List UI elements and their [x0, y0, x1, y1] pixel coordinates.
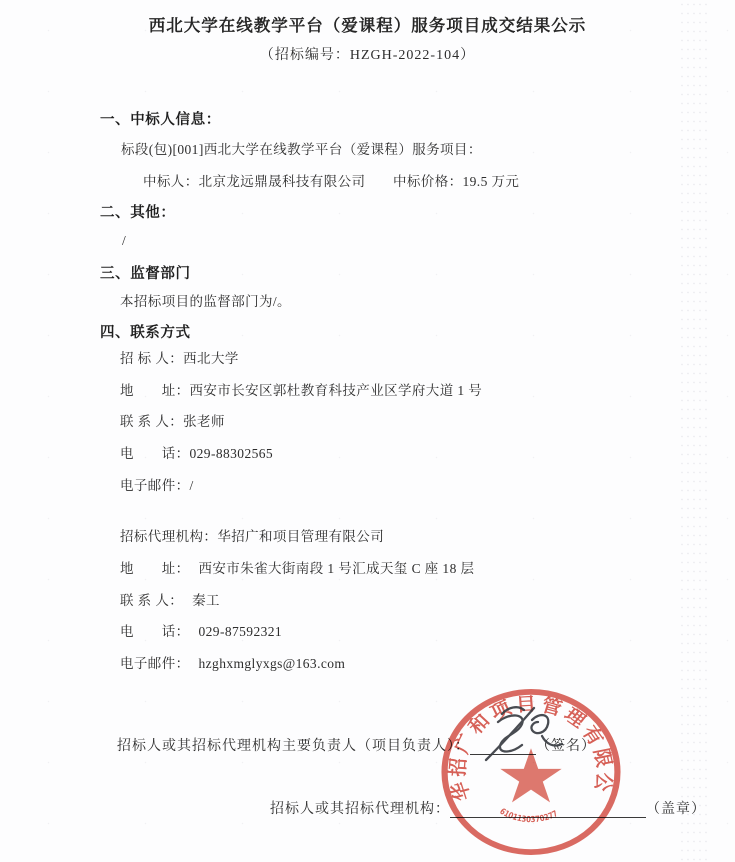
section-other-content: /	[122, 232, 126, 249]
winner-line: 中标人：北京龙远鼎晟科技有限公司 中标价格：19.5 万元	[143, 173, 703, 190]
section-contact-heading: 四、联系方式	[100, 321, 191, 342]
contact-label: 招 标 人：	[120, 351, 183, 366]
winner-value: 北京龙远鼎晟科技有限公司	[199, 174, 366, 189]
winner-label: 中标人：	[143, 174, 199, 189]
contact-label: 电 话：	[120, 446, 190, 461]
section-other-heading: 二、其他：	[100, 201, 176, 222]
price-value: 19.5 万元	[463, 174, 520, 189]
price-group: 中标价格：19.5 万元	[393, 173, 519, 190]
contact-value: 西安市长安区郭杜教育科技产业区学府大道 1 号	[190, 383, 483, 398]
org-label: 招标人或其招标代理机构：	[270, 802, 450, 817]
doc-bid-number: （招标编号：HZGH-2022-104）	[0, 44, 735, 64]
tenderer-row-contact-person: 联 系 人：张老师	[120, 413, 225, 430]
contact-value: /	[190, 478, 194, 493]
responsible-label: 招标人或其招标代理机构主要负责人（项目负责人）：	[117, 739, 470, 754]
contact-label: 地 址：	[120, 383, 190, 398]
section-winner-heading: 一、中标人信息：	[100, 108, 221, 129]
contact-label: 地 址：	[120, 561, 190, 576]
agency-row-phone: 电 话：029-87592321	[120, 623, 282, 640]
contact-value: hzghxmglyxgs@163.com	[199, 656, 346, 671]
seal-serial-text: 6101130370277	[497, 807, 560, 825]
section-supervision-heading: 三、监督部门	[100, 262, 191, 283]
lot-line: 标段(包)[001]西北大学在线教学平台（爱课程）服务项目：	[121, 141, 482, 158]
price-label: 中标价格：	[393, 174, 463, 189]
contact-label: 联 系 人：	[120, 593, 183, 608]
contact-value: 西安市朱雀大街南段 1 号汇成天玺 C 座 18 层	[199, 561, 475, 576]
supervision-text: 本招标项目的监督部门为/。	[120, 293, 291, 310]
doc-title: 西北大学在线教学平台（爱课程）服务项目成交结果公示	[0, 12, 735, 36]
tenderer-row-email: 电子邮件：/	[120, 477, 194, 494]
seal-serial-arc: 6101130370277	[497, 807, 560, 825]
document-page: 西北大学在线教学平台（爱课程）服务项目成交结果公示 （招标编号：HZGH-202…	[0, 0, 735, 862]
contact-label: 联 系 人：	[120, 414, 183, 429]
stamp-suffix: （盖章）	[646, 802, 706, 817]
contact-value: 华招广和项目管理有限公司	[217, 529, 384, 544]
handwritten-signature	[472, 698, 580, 768]
agency-row-name: 招标代理机构：华招广和项目管理有限公司	[120, 528, 384, 545]
tenderer-row-address: 地 址：西安市长安区郭杜教育科技产业区学府大道 1 号	[120, 382, 482, 399]
contact-value: 029-87592321	[199, 624, 283, 639]
tenderer-row-phone: 电 话：029-88302565	[120, 445, 273, 462]
agency-row-email: 电子邮件：hzghxmglyxgs@163.com	[120, 655, 345, 672]
contact-value: 张老师	[183, 414, 225, 429]
tenderer-row-name: 招 标 人：西北大学	[120, 350, 239, 367]
contact-value: 西北大学	[183, 351, 239, 366]
contact-label: 电 话：	[120, 624, 190, 639]
agency-row-contact-person: 联 系 人：秦工	[120, 592, 220, 609]
contact-value: 029-88302565	[190, 446, 274, 461]
contact-value: 秦工	[192, 593, 220, 608]
scan-edge-noise	[679, 0, 709, 862]
contact-label: 电子邮件：	[120, 656, 190, 671]
contact-label: 招标代理机构：	[120, 529, 217, 544]
agency-row-address: 地 址：西安市朱雀大街南段 1 号汇成天玺 C 座 18 层	[120, 560, 474, 577]
contact-label: 电子邮件：	[120, 478, 190, 493]
